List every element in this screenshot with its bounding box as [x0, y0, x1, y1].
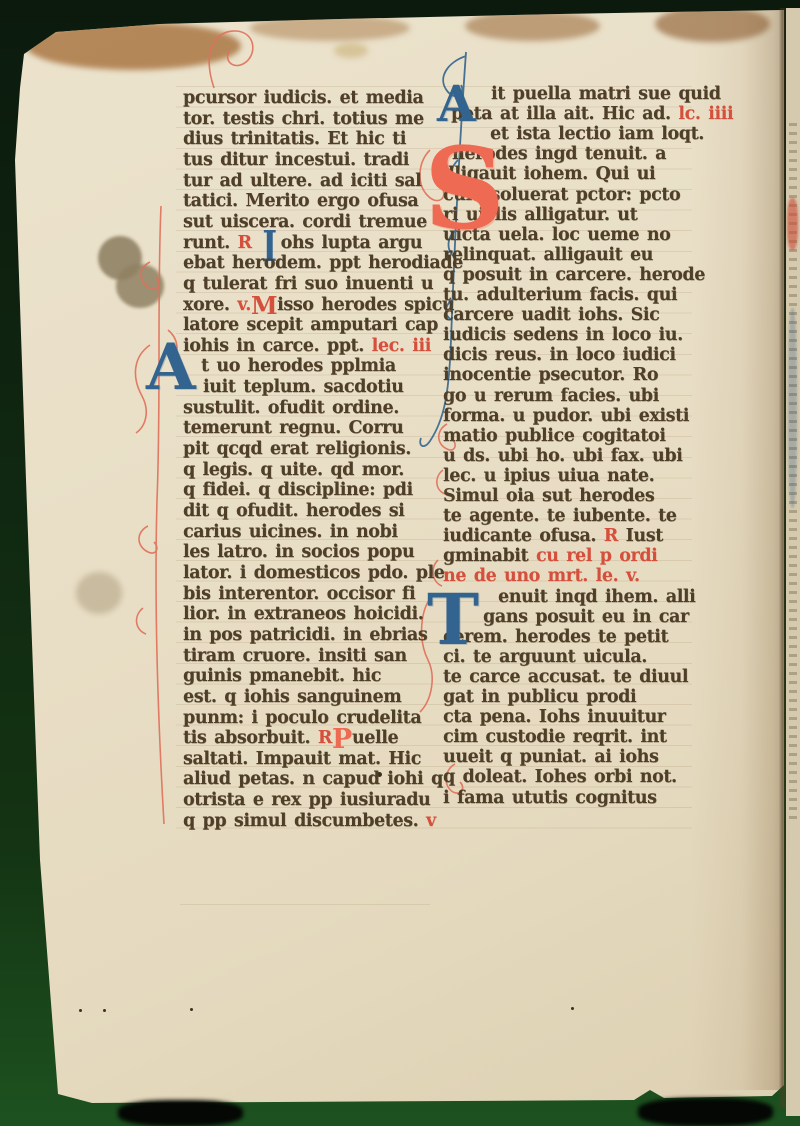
manuscript-line-col2: enuit inqd ihem. alli	[498, 587, 695, 607]
manuscript-line-col2: q doleat. Iohes orbi not.	[443, 767, 677, 787]
text-segment: runt.	[183, 233, 238, 253]
manuscript-line-col2: iudicante ofusa. R Iust	[443, 526, 663, 546]
text-segment: iudicis sedens in loco iu.	[443, 325, 683, 345]
text-segment: gans posuit eu in car	[483, 607, 689, 627]
manuscript-line-col1: xore. v.Misso herodes spicu	[183, 295, 454, 315]
ruled-line	[180, 904, 430, 905]
manuscript-line-col1: dius trinitatis. Et hic ti	[183, 129, 406, 149]
text-segment: sut uiscera. cordi tremue	[183, 212, 427, 232]
text-segment: tu. adulterium facis. qui	[443, 285, 677, 305]
manuscript-line-col1: bis interentor. occisor fi	[183, 584, 415, 604]
text-segment: q pp simul discumbetes.	[183, 811, 426, 831]
manuscript-line-col1: tatici. Merito ergo ofusa	[183, 191, 418, 211]
text-segment: peta at illa ait. Hic ad.	[451, 104, 678, 124]
page-curvature-shadow	[690, 10, 784, 1090]
text-segment: punm: i poculo crudelita	[183, 708, 421, 728]
text-segment: iuit teplum. sacdotiu	[203, 377, 404, 397]
text-segment: tor. testis chri. totius me	[183, 109, 424, 129]
manuscript-line-col2: dicis reus. in loco iudici	[443, 345, 676, 365]
text-segment: temerunt regnu. Corru	[183, 418, 403, 438]
text-segment: go u rerum facies. ubi	[443, 386, 659, 406]
manuscript-line-col1: saltati. Impauit mat. Hic	[183, 749, 421, 769]
text-segment: it puella matri sue quid	[491, 84, 721, 104]
top-edge-stain	[26, 22, 241, 70]
text-segment: carcere uadit iohs. Sic	[443, 305, 659, 325]
manuscript-line-col1: tor. testis chri. totius me	[183, 109, 424, 129]
manuscript-line-col1: sut uiscera. cordi tremue	[183, 212, 427, 232]
text-segment: pit qcqd erat religionis.	[183, 439, 411, 459]
binding-shadow	[118, 1100, 243, 1126]
text-segment: lator. i domesticos pdo. ple	[183, 563, 445, 583]
text-segment: les latro. in socios popu	[183, 542, 414, 562]
manuscript-line-col1: pit qcqd erat religionis.	[183, 439, 411, 459]
rubric-segment: R	[318, 728, 332, 748]
text-segment: carius uicines. in nobi	[183, 522, 398, 542]
manuscript-line-col2: u ds. ubi ho. ubi fax. ubi	[443, 446, 682, 466]
next-page-blue-penwork-sliver	[788, 308, 797, 508]
parchment-speck	[190, 1008, 193, 1011]
rubric-segment: R	[238, 233, 252, 253]
manuscript-line-col1: tiram cruore. insiti san	[183, 646, 407, 666]
manuscript-line-col2: cta pena. Iohs inuuitur	[443, 707, 666, 727]
manuscript-line-col2: gminabit cu rel p ordi	[443, 546, 657, 566]
text-segment: iohis in carce. ppt.	[183, 336, 372, 356]
text-segment: lec. u ipius uiua nate.	[443, 466, 654, 486]
manuscript-line-col2: cim custodie reqrit. int	[443, 727, 667, 747]
text-segment: in pos patricidi. in ebrias	[183, 625, 427, 645]
manuscript-line-col2: te carce accusat. te diuul	[443, 667, 688, 687]
rubric-segment: cu rel p ordi	[536, 546, 657, 566]
manuscript-line-col1: q fidei. q discipline: pdi	[183, 480, 413, 500]
text-segment: enuit inqd ihem. alli	[498, 587, 695, 607]
manuscript-line-col1: aliud petas. n capud iohi q	[183, 769, 443, 789]
text-segment: dit q ofudit. herodes si	[183, 501, 404, 521]
manuscript-line-col1: ebat herodem. ppt herodiade	[183, 253, 463, 273]
manuscript-line-col1: pcursor iudicis. et media	[183, 88, 423, 108]
faint-stain	[76, 572, 122, 614]
text-segment: dius trinitatis. Et hic ti	[183, 129, 406, 149]
text-segment: q doleat. Iohes orbi not.	[443, 767, 677, 787]
text-segment: saltati. Impauit mat. Hic	[183, 749, 421, 769]
manuscript-line-col2: q posuit in carcere. herode	[443, 265, 705, 285]
manuscript-line-col2: te agente. te iubente. te	[443, 506, 677, 526]
manuscript-line-col1: temerunt regnu. Corru	[183, 418, 403, 438]
manuscript-line-col2: matio publice cogitatoi	[443, 426, 666, 446]
text-segment: cta pena. Iohs inuuitur	[443, 707, 666, 727]
text-segment: latore scepit amputari cap	[183, 315, 438, 335]
text-segment: q fidei. q discipline: pdi	[183, 480, 413, 500]
manuscript-line-col2: gat in publicu prodi	[443, 687, 636, 707]
manuscript-line-col2: iudicis sedens in loco iu.	[443, 325, 683, 345]
page-edge-seam	[779, 8, 786, 1108]
initial-a-col2: A	[437, 79, 476, 129]
manuscript-line-col2: i fama ututis cognitus	[443, 788, 657, 808]
text-segment: Iust	[618, 526, 663, 546]
manuscript-line-col1: tur ad ultere. ad iciti sal	[183, 171, 421, 191]
manuscript-line-col1: punm: i poculo crudelita	[183, 708, 421, 728]
manuscript-line-col2: tu. adulterium facis. qui	[443, 285, 677, 305]
rubric-segment: v	[426, 811, 436, 831]
manuscript-line-col2: go u rerum facies. ubi	[443, 386, 659, 406]
manuscript-line-col2: gans posuit eu in car	[483, 607, 689, 627]
manuscript-line-col2: forma. u pudor. ubi existi	[443, 406, 689, 426]
manuscript-line-col1: q pp simul discumbetes. v	[183, 811, 436, 831]
text-segment: te carce accusat. te diuul	[443, 667, 688, 687]
manuscript-line-col2: Simul oia sut herodes	[443, 486, 654, 506]
text-segment: tis absorbuit.	[183, 728, 318, 748]
parchment-speck	[571, 1007, 574, 1010]
text-segment: dicis reus. in loco iudici	[443, 345, 676, 365]
manuscript-line-col1: q tulerat fri suo inuenti u	[183, 274, 433, 294]
manuscript-line-col1: tis absorbuit. RPuelle	[183, 728, 398, 748]
manuscript-line-col1: in pos patricidi. in ebrias	[183, 625, 427, 645]
manuscript-line-col1: runt. R Iohs lupta argu	[183, 233, 422, 253]
initial-a-col1: A	[146, 336, 196, 400]
text-segment: isso herodes spicu	[277, 295, 454, 315]
rubric-segment: lc. iiii	[678, 104, 733, 124]
manuscript-line-col2: et ista lectio iam loqt.	[490, 124, 704, 144]
rubric-segment: R	[604, 526, 618, 546]
manuscript-line-col1: otrista e rex pp iusiuradu	[183, 790, 430, 810]
text-segment: matio publice cogitatoi	[443, 426, 666, 446]
text-segment: gat in publicu prodi	[443, 687, 636, 707]
top-edge-stain	[465, 11, 600, 41]
initial-t-col2: T	[427, 585, 479, 655]
manuscript-line-col1: lior. in extraneos hoicidi.	[183, 604, 423, 624]
manuscript-line-col1: guinis pmanebit. hic	[183, 666, 381, 686]
text-segment: sustulit. ofudit ordine.	[183, 398, 399, 418]
text-segment: q posuit in carcere. herode	[443, 265, 705, 285]
text-segment: q tulerat fri suo inuenti u	[183, 274, 433, 294]
text-segment: aliud petas. n capud iohi q	[183, 769, 443, 789]
text-segment: Simul oia sut herodes	[443, 486, 654, 506]
manuscript-line-col2: carcere uadit iohs. Sic	[443, 305, 659, 325]
text-segment: uueit q puniat. ai iohs	[443, 747, 658, 767]
parchment-speck	[79, 1009, 82, 1012]
manuscript-line-col1: dit q ofudit. herodes si	[183, 501, 404, 521]
ink-blot-stain	[116, 264, 164, 308]
manuscript-line-col1: iohis in carce. ppt. lec. iii	[183, 336, 431, 356]
rubric-segment: lec. iii	[372, 336, 431, 356]
text-segment: tus ditur incestui. tradi	[183, 150, 409, 170]
initial-s-col2: S	[424, 134, 505, 246]
text-segment: iudicante ofusa.	[443, 526, 604, 546]
text-segment: u ds. ubi ho. ubi fax. ubi	[443, 446, 682, 466]
text-segment: te agente. te iubente. te	[443, 506, 677, 526]
text-segment: cim custodie reqrit. int	[443, 727, 667, 747]
manuscript-line-col1: iuit teplum. sacdotiu	[203, 377, 404, 397]
text-segment: ebat herodem. ppt herodiade	[183, 253, 463, 273]
text-segment: t uo herodes pplmia	[201, 356, 396, 376]
manuscript-line-col2: peta at illa ait. Hic ad. lc. iiii	[451, 104, 733, 124]
text-segment: uelle	[352, 728, 398, 748]
faint-stain	[334, 43, 368, 58]
text-segment: xore.	[183, 295, 237, 315]
rubric-segment: v.	[237, 295, 251, 315]
text-segment: forma. u pudor. ubi existi	[443, 406, 689, 426]
parchment-speck	[103, 1009, 106, 1012]
text-segment: ohs lupta argu	[281, 233, 422, 253]
manuscript-line-col1: les latro. in socios popu	[183, 542, 414, 562]
text-segment: gminabit	[443, 546, 536, 566]
manuscript-line-col2: lec. u ipius uiua nate.	[443, 466, 654, 486]
text-segment: guinis pmanebit. hic	[183, 666, 381, 686]
manuscript-line-col1: lator. i domesticos pdo. ple	[183, 563, 445, 583]
text-segment	[252, 233, 260, 253]
manuscript-line-col1: est. q iohis sanguinem	[183, 687, 401, 707]
text-segment: et ista lectio iam loqt.	[490, 124, 704, 144]
text-segment: tiram cruore. insiti san	[183, 646, 407, 666]
manuscript-line-col1: carius uicines. in nobi	[183, 522, 398, 542]
text-segment: est. q iohis sanguinem	[183, 687, 401, 707]
text-segment: i fama ututis cognitus	[443, 788, 657, 808]
text-segment: lior. in extraneos hoicidi.	[183, 604, 423, 624]
binding-shadow	[638, 1098, 773, 1126]
text-segment: tatici. Merito ergo ofusa	[183, 191, 418, 211]
manuscript-line-col2: it puella matri sue quid	[491, 84, 721, 104]
manuscript-line-col1: latore scepit amputari cap	[183, 315, 438, 335]
text-segment: inocentie psecutor. Ro	[443, 365, 658, 385]
next-page-red-initial-sliver	[787, 198, 798, 250]
manuscript-line-col1: q legis. q uite. qd mor.	[183, 460, 404, 480]
text-segment: pcursor iudicis. et media	[183, 88, 423, 108]
manuscript-line-col1: t uo herodes pplmia	[201, 356, 396, 376]
manuscript-line-col2: uueit q puniat. ai iohs	[443, 747, 658, 767]
manuscript-line-col2: inocentie psecutor. Ro	[443, 365, 658, 385]
top-edge-stain	[250, 15, 410, 41]
manuscript-photo: pcursor iudicis. et mediator. testis chr…	[0, 0, 800, 1126]
text-segment: otrista e rex pp iusiuradu	[183, 790, 430, 810]
text-segment: q legis. q uite. qd mor.	[183, 460, 404, 480]
next-page-fore-edge	[786, 8, 800, 1116]
manuscript-line-col1: sustulit. ofudit ordine.	[183, 398, 399, 418]
text-segment: tur ad ultere. ad iciti sal	[183, 171, 421, 191]
text-segment: bis interentor. occisor fi	[183, 584, 415, 604]
manuscript-line-col1: tus ditur incestui. tradi	[183, 150, 409, 170]
